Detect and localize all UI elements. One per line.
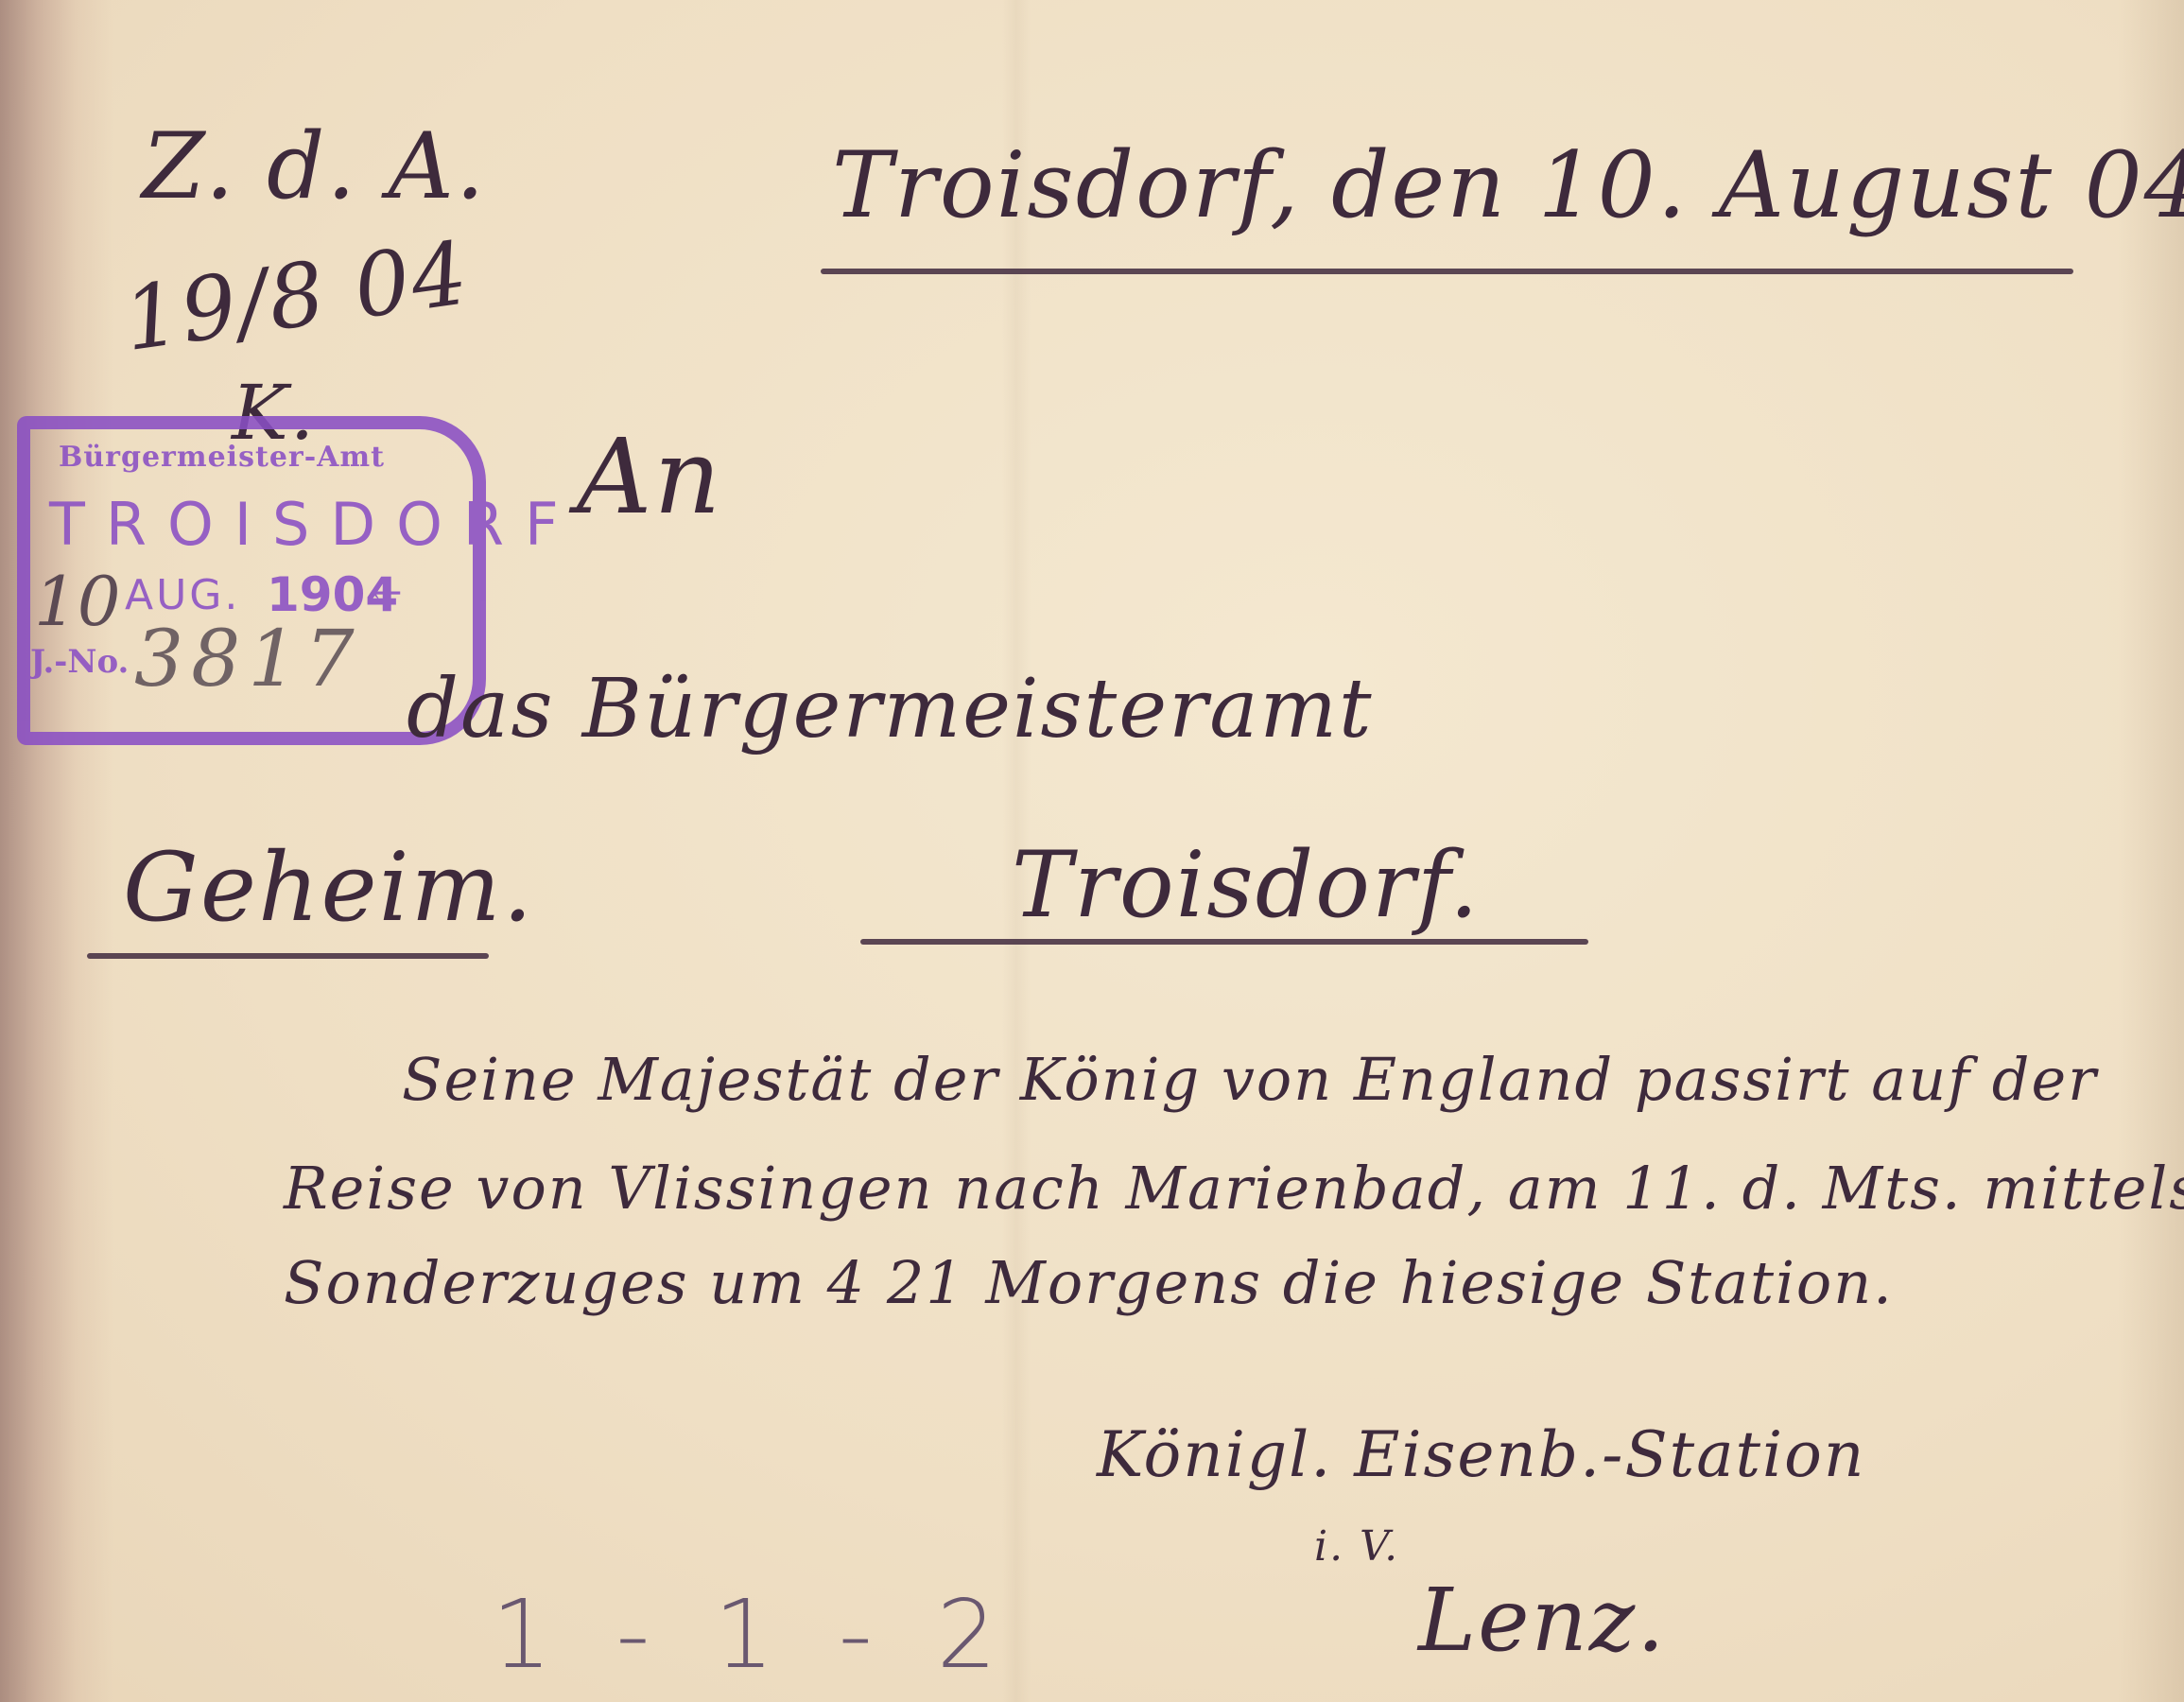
stamp-arrow-icon: ← bbox=[371, 571, 403, 615]
stamp-month: AUG. bbox=[125, 571, 240, 619]
place-date-header: Troisdorf, den 10. August 04 bbox=[832, 132, 2184, 238]
body-line-1: Seine Majestät der König von England pas… bbox=[402, 1045, 2098, 1114]
classification-geheim: Geheim. bbox=[123, 832, 534, 943]
signature-prefix: i. V. bbox=[1314, 1522, 1399, 1571]
recipient-line-2: Troisdorf. bbox=[1012, 832, 1480, 938]
stamp-handwritten-number: 3817 bbox=[134, 615, 362, 704]
body-line-3: Sonderzuges um 4 21 Morgens die hiesige … bbox=[284, 1248, 1894, 1317]
salutation-an: An bbox=[577, 416, 722, 537]
stamp-office-label: Bürgermeister-Amt bbox=[59, 441, 385, 474]
stamp-number-label: J.-No. bbox=[30, 643, 129, 681]
header-underline bbox=[821, 269, 2073, 274]
body-line-2: Reise von Vlissingen nach Marienbad, am … bbox=[284, 1154, 2184, 1223]
signature-name: Lenz. bbox=[1418, 1570, 1667, 1671]
stamp-town-name: TROISDORF bbox=[49, 490, 580, 559]
pencil-filing-note: 1 - 1 - 2 bbox=[492, 1579, 1014, 1690]
stamp-handwritten-day: 10 bbox=[34, 562, 121, 641]
recipient-line-1: das Bürgermeisteramt bbox=[407, 662, 1374, 756]
recipient-underline bbox=[860, 939, 1588, 945]
classification-underline bbox=[87, 953, 489, 959]
reference-line-1: Z. d. A. bbox=[142, 113, 486, 219]
signature-office: Königl. Eisenb.-Station bbox=[1097, 1418, 1865, 1491]
